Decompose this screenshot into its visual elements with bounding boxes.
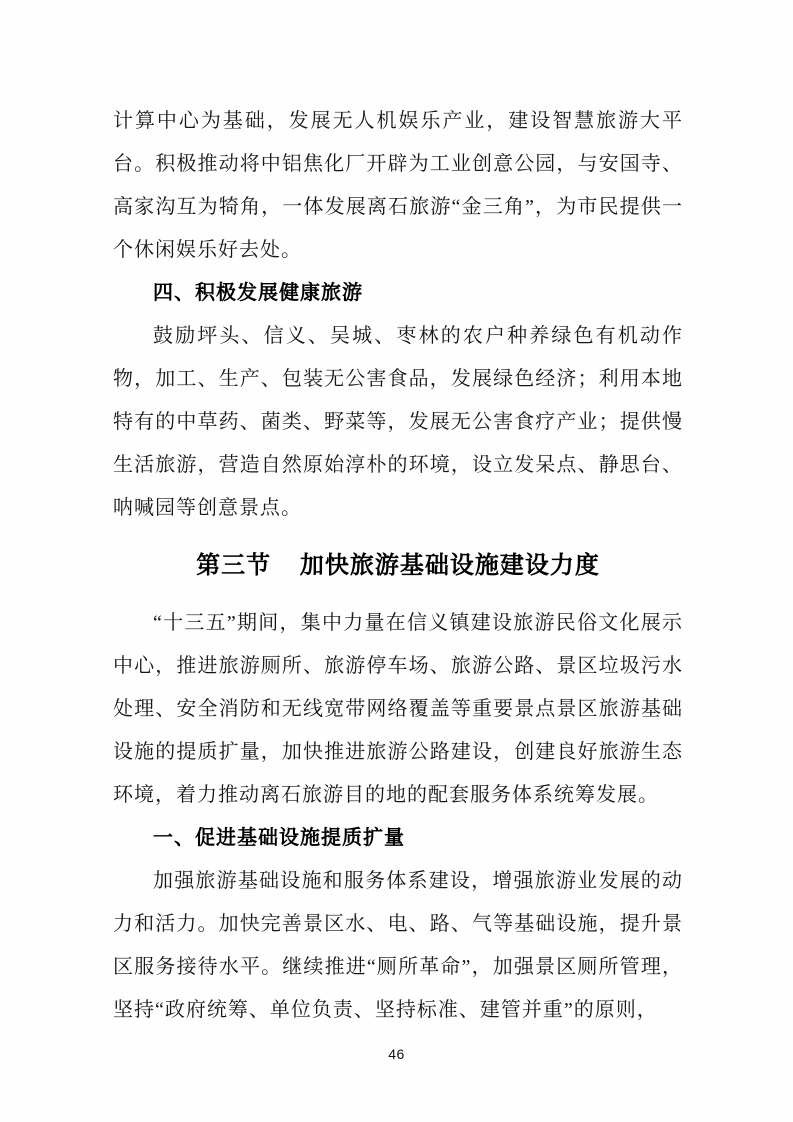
section-heading-title: 加快旅游基础设施建设力度 bbox=[300, 553, 600, 579]
paragraph-upgrade: 加强旅游基础设施和服务体系建设，增强旅游业发展的动力和活力。加快完善景区水、电、… bbox=[113, 860, 683, 1032]
section-heading-label: 第三节 bbox=[196, 553, 271, 579]
document-page: 计算中心为基础，发展无人机娱乐产业，建设智慧旅游大平台。积极推动将中铝焦化厂开辟… bbox=[0, 0, 793, 1122]
page-content: 计算中心为基础，发展无人机娱乐产业，建设智慧旅游大平台。积极推动将中铝焦化厂开辟… bbox=[0, 0, 793, 1032]
paragraph-health-tourism: 鼓励坪头、信义、吴城、枣林的农户种养绿色有机动作物，加工、生产、包装无公害食品，… bbox=[113, 315, 683, 530]
subsection-heading-one: 一、促进基础设施提质扩量 bbox=[113, 817, 683, 860]
section-heading: 第三节加快旅游基础设施建设力度 bbox=[113, 543, 683, 589]
subsection-heading-four: 四、积极发展健康旅游 bbox=[113, 272, 683, 315]
paragraph-continuation: 计算中心为基础，发展无人机娱乐产业，建设智慧旅游大平台。积极推动将中铝焦化厂开辟… bbox=[113, 100, 683, 272]
page-number: 46 bbox=[0, 1046, 793, 1062]
paragraph-infrastructure: “十三五”期间，集中力量在信义镇建设旅游民俗文化展示中心，推进旅游厕所、旅游停车… bbox=[113, 602, 683, 817]
